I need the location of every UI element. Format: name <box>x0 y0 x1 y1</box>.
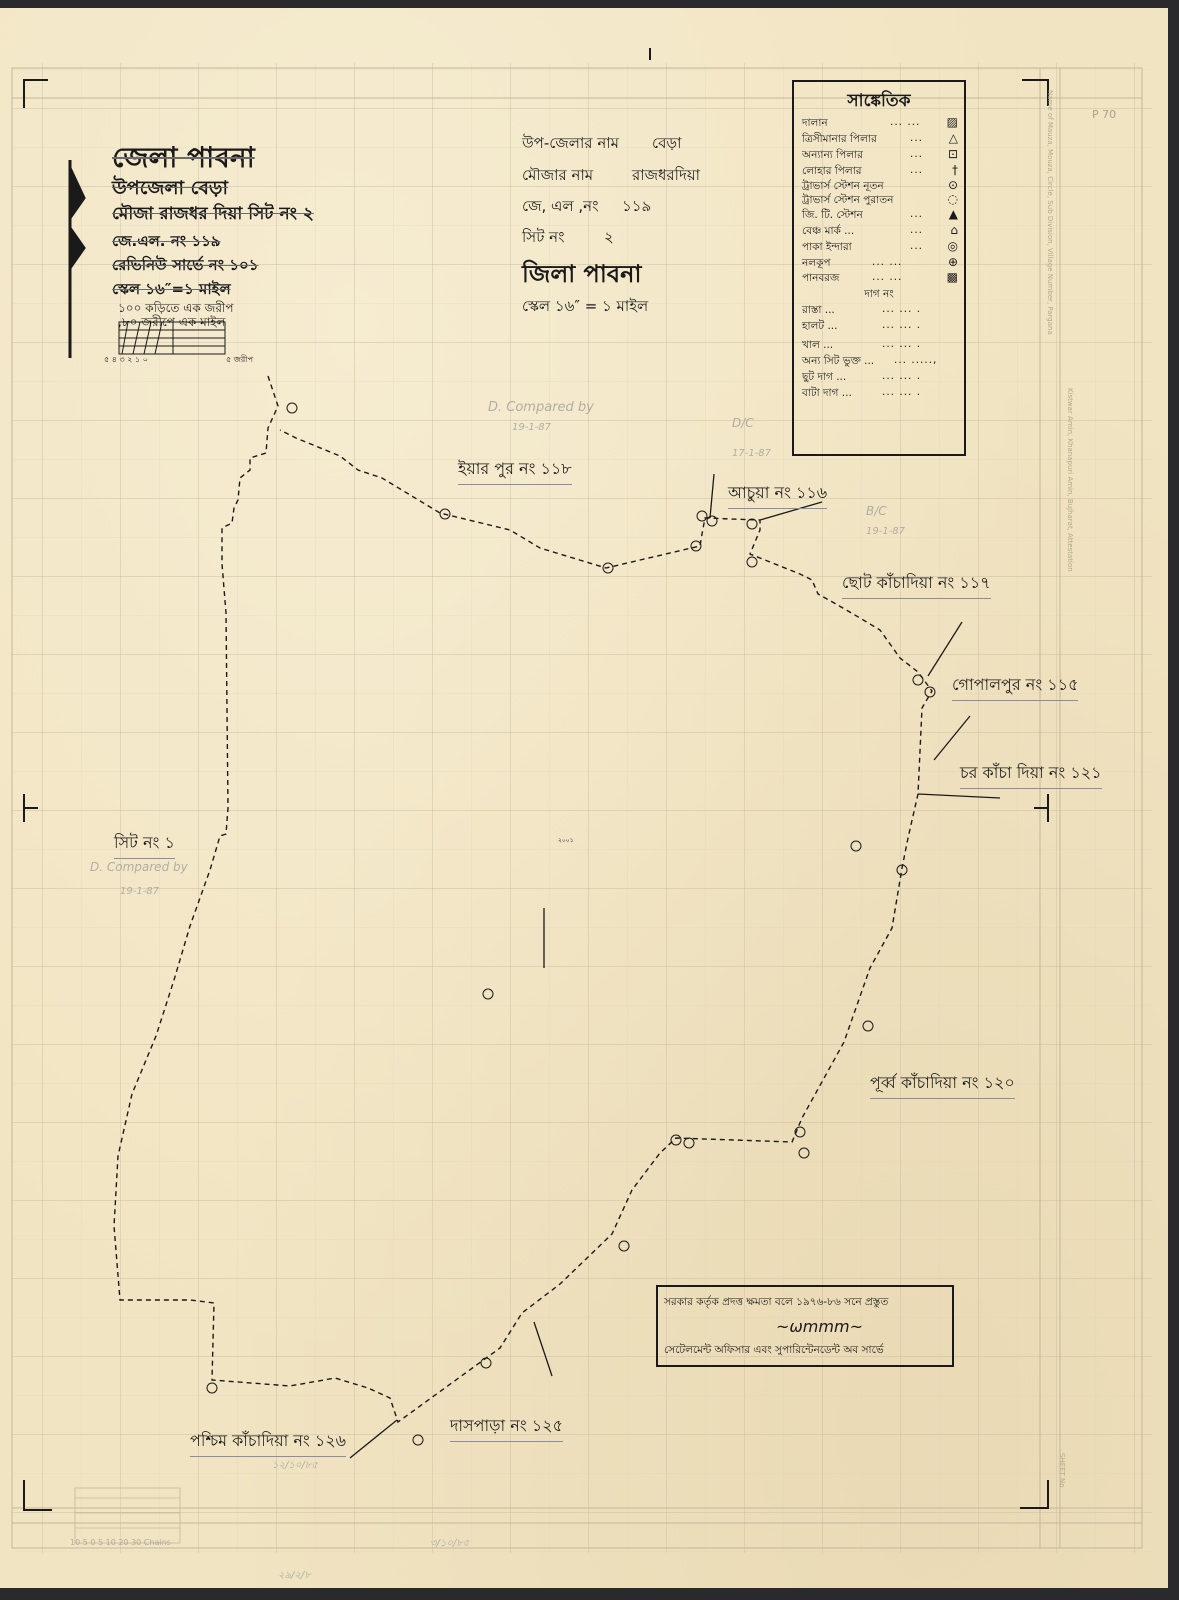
pencil-note: ১২/১০/৮৫ <box>272 1458 318 1475</box>
plot-number-header: দাগ নং <box>794 287 964 304</box>
legend-plot-item: হালট ...... ... . <box>802 319 960 336</box>
legend-plot-item: রাস্তা ...... ... . <box>802 303 960 320</box>
village-label-daspara: দাসপাড়া নং ১২৫ <box>450 1413 563 1442</box>
page-code: P 70 <box>1092 108 1116 121</box>
pencil-note: 19-1-87 <box>866 526 905 537</box>
village-label-iyarpur: ইয়ার পুর নং ১১৮ <box>458 456 572 485</box>
chain-note-2: ,৮০ জরীপে এক মাইল <box>118 314 225 334</box>
pucca-well-icon: ◎ <box>948 239 958 253</box>
traverse-station-old-icon: ◌ <box>948 192 958 206</box>
mouza-row: মৌজার নাম রাজধরদিয়া <box>522 164 593 189</box>
village-label-purba-kanchadiya: পূর্ব্ব কাঁচাদিয়া নং ১২০ <box>870 1070 1015 1099</box>
legend-item: দালান... ...▨ <box>802 116 960 133</box>
hatched-building-icon: ▨ <box>947 115 958 129</box>
bottom-scale-print: 10 5 0 5 10 20 30 Chains <box>70 1538 171 1547</box>
mouza-label: মৌজার নাম <box>522 166 593 184</box>
scale-bar-ticks: ৫ ৪ ৩ ২ ১ ০ <box>104 354 148 367</box>
village-label-achuya: আচুয়া নং ১১৬ <box>728 480 827 509</box>
district-name: জিলা পাবনা <box>522 256 641 296</box>
certificate-line-1: সরকার কর্তৃক প্রদত্ত ক্ষমতা বলে ১৯৭৬-৮৬ … <box>664 1295 888 1312</box>
officer-signature: ~ωmmm~ <box>776 1317 863 1336</box>
margin-print-right: Name of Mauza, Mouza, Circle, Sub Divisi… <box>1046 90 1054 370</box>
pencil-note: 19-1-87 <box>512 422 551 433</box>
certificate-box: সরকার কর্তৃক প্রদত্ত ক্ষমতা বলে ১৯৭৬-৮৬ … <box>656 1285 954 1367</box>
legend-item: জি. টি. স্টেশন...▲ <box>802 208 960 225</box>
legend-item: ত্রিসীমানার পিলার...△ <box>802 132 960 149</box>
legend-plot-item: বাটা দাগ ...... ... . <box>802 386 960 403</box>
pencil-note: ২৯/২/৮ <box>278 1568 311 1585</box>
certificate-line-2: সেটেলমেন্ট অফিসার এবং সুপারিন্টেনডেন্ট অ… <box>664 1343 884 1360</box>
village-label-chhoto-kanchadiya: ছোট কাঁচাদিয়া নং ১১৭ <box>842 570 991 599</box>
legend-plot-item: খাল ...... ... . <box>802 338 960 355</box>
jl-label: জে, এল ,নং <box>522 197 599 215</box>
gt-station-icon: ▲ <box>949 207 958 221</box>
pencil-note: D/C <box>732 416 754 430</box>
jl-row: জে, এল ,নং ১১৯ <box>522 195 599 220</box>
legend-item: বেঞ্চ মার্ক ......⌂ <box>802 224 960 241</box>
pencil-note: D. Compared by <box>488 400 594 415</box>
legend-box: সাঙ্কেতিক দালান... ...▨ ত্রিসীমানার পিলা… <box>792 80 966 456</box>
center-mark: ২০০১ <box>558 835 574 846</box>
village-label-char-kanchadiya: চর কাঁচা দিয়া নং ১২১ <box>960 760 1102 789</box>
upazila-row: উপ-জেলার নাম বেড়া <box>522 132 619 157</box>
legend-plot-item: অন্য সিট ভুক্ত ...... ....., <box>802 354 960 371</box>
betel-garden-icon: ▩ <box>947 270 958 284</box>
margin-print-right-2: Kistwar Amin, Khanapuri Amin, Bujharat, … <box>1066 388 1074 908</box>
legend-item: পানবরজ... ...▩ <box>802 271 960 288</box>
legend-plot-item: ছুট দাগ ...... ... . <box>802 370 960 387</box>
legend-title: সাঙ্কেতিক <box>794 88 964 116</box>
legend-item: পাকা ইন্দারা...◎ <box>802 240 960 257</box>
jl-number: জে.এল. নং ১১৯ <box>112 230 221 255</box>
village-label-gopalpur: গোপালপুর নং ১১৫ <box>952 672 1078 701</box>
sheet-row: সিট নং ২ <box>522 226 565 251</box>
upazila-value: বেড়া <box>652 132 682 157</box>
jl-value: ১১৯ <box>622 195 651 220</box>
mouza-value: রাজধরদিয়া <box>632 164 700 189</box>
village-label-paschim-kanchadiya: পশ্চিম কাঁচাদিয়া নং ১২৬ <box>190 1428 346 1457</box>
pencil-note: B/C <box>866 504 887 518</box>
tri-junction-pillar-icon: △ <box>949 131 958 145</box>
village-label-sheet-1: সিট নং ১ <box>114 830 175 859</box>
pencil-note: 19-1-87 <box>120 886 159 897</box>
revenue-survey-number: রেভিনিউ সার্ভে নং ১০১ <box>112 254 259 279</box>
traverse-station-new-icon: ⊙ <box>948 178 958 192</box>
iron-pillar-icon: † <box>952 163 958 177</box>
sheet-value: ২ <box>604 226 614 251</box>
pencil-note: ৩/১০/৮৫ <box>430 1536 469 1553</box>
tubewell-icon: ⊕ <box>948 255 958 269</box>
mouza-title: মৌজা রাজধর দিয়া সিট নং ২ <box>112 201 314 229</box>
pencil-note: D. Compared by <box>90 860 188 874</box>
legend-item: অন্যান্য পিলার...⊡ <box>802 148 960 165</box>
other-pillar-icon: ⊡ <box>948 147 958 161</box>
scale-bar-end: ৫ জরীপ <box>226 354 253 367</box>
map-sheet: P 70 Name of Mauza, Mouza, Circle, Sub D… <box>0 8 1168 1588</box>
bench-mark-icon: ⌂ <box>950 223 958 237</box>
sheet-number-label: SHEET No <box>1058 1453 1066 1513</box>
upazila-label: উপ-জেলার নাম <box>522 134 619 152</box>
pencil-note: 17-1-87 <box>732 448 771 459</box>
info-scale: স্কেল ১৬″ = ১ মাইল <box>522 295 648 320</box>
sheet-label: সিট নং <box>522 228 565 246</box>
